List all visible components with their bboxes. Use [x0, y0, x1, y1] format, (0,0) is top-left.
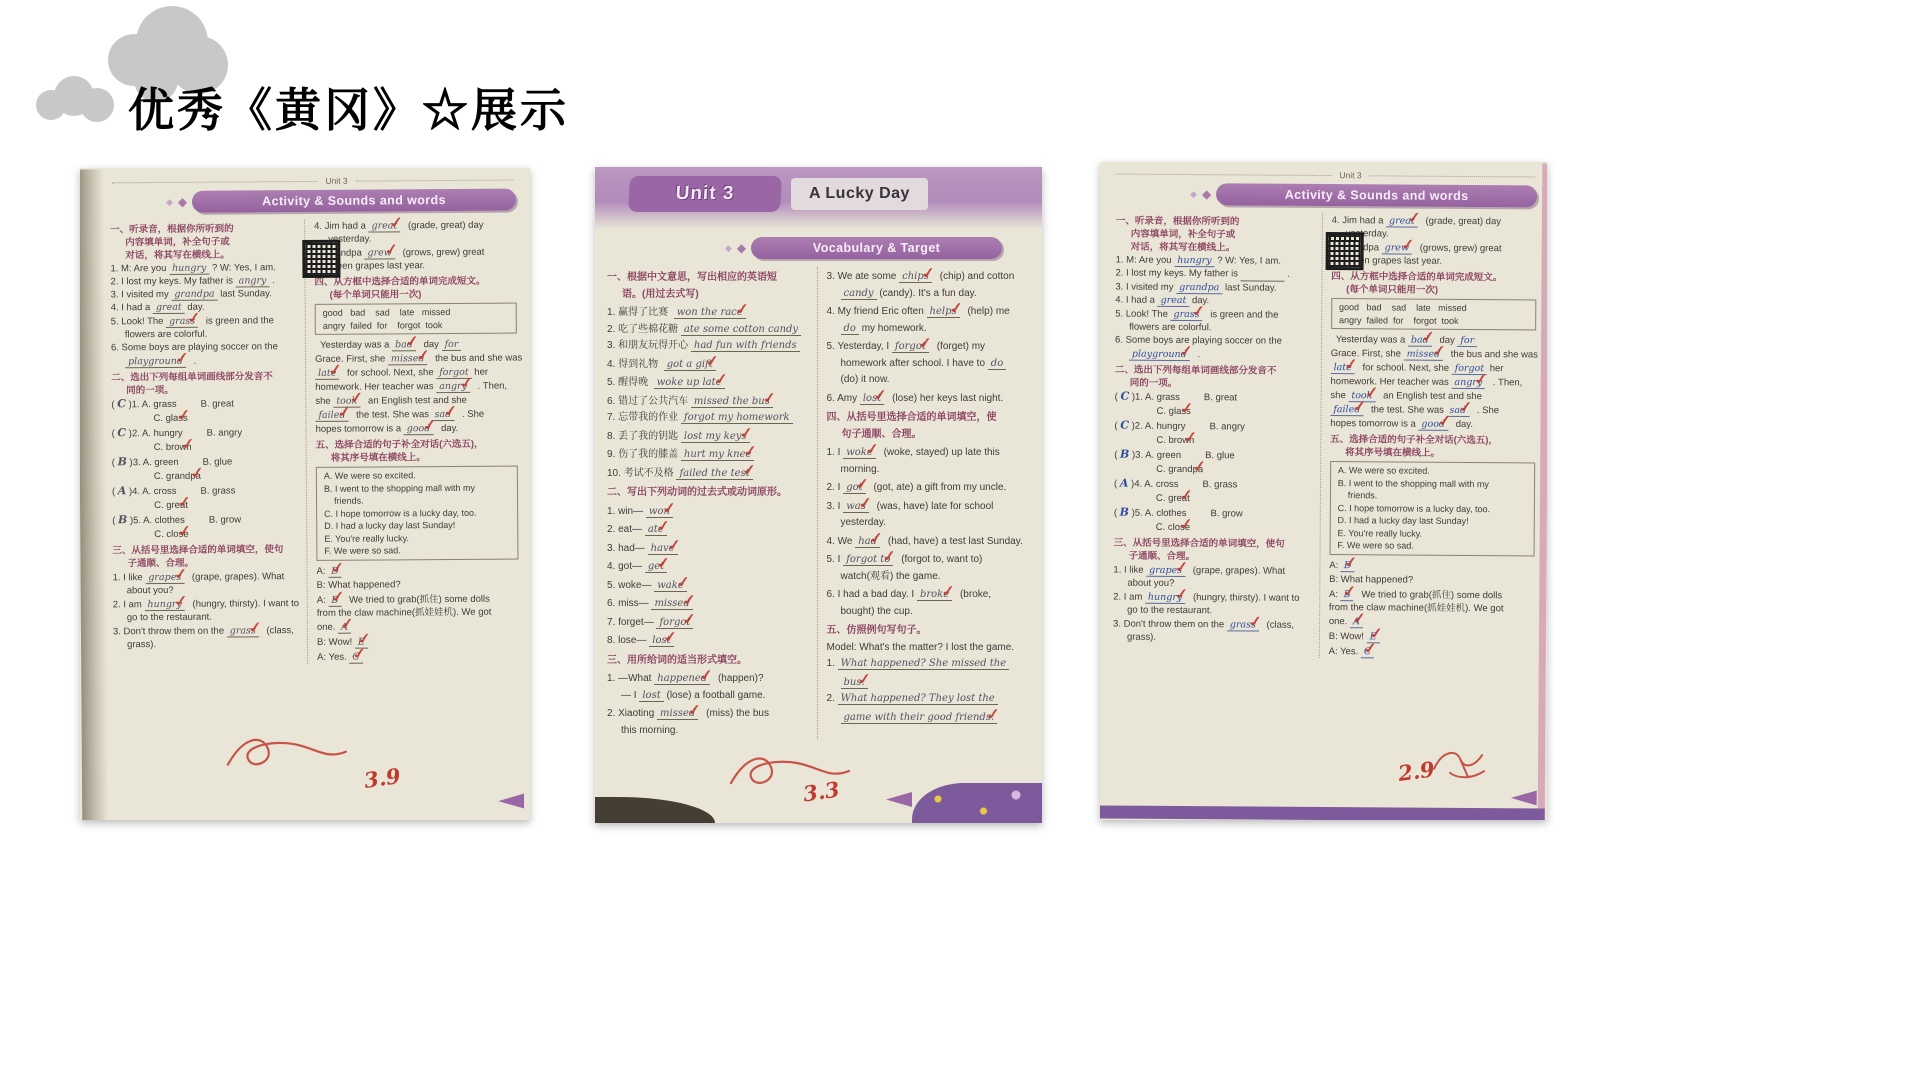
handwritten-answer: for: [442, 339, 462, 351]
section-heading: 二、选出下列每组单词画线部分发音不: [111, 370, 301, 384]
exercise-columns: 一、听录音，根据你所听到的内容填单词，补全句子或对话，将其写在横线上。1. M:…: [1100, 211, 1547, 659]
exercise-line: ( A )4. A. crossB. grass: [112, 483, 302, 498]
printed-text: 1. M: Are you: [110, 263, 169, 274]
red-check-mark: ✓: [179, 436, 197, 453]
printed-text: B: What happened?: [1329, 574, 1413, 586]
printed-text: 6. Some boys are playing soccer on the: [1115, 335, 1282, 347]
exercise-line: failed✓ the test. She was sad✓ . She: [1330, 402, 1537, 417]
exercise-line: ( B )5. A. clothesB. grow: [1114, 506, 1316, 521]
printed-text: 3. We ate some: [827, 271, 900, 282]
printed-text: B. grow: [1210, 508, 1242, 519]
exercise-line: C. glass✓: [111, 410, 301, 425]
printed-text: 3. I visited my: [1115, 282, 1176, 293]
printed-text: 一、根据中文意思，写出相应的英语短: [607, 272, 777, 283]
word-box-row: F. We were so sad.: [324, 544, 510, 558]
exercise-line: C. brown✓: [1114, 433, 1316, 448]
printed-text: 4. My friend Eric often: [827, 306, 927, 317]
exercise-line: ( C )2. A. hungryB. angry: [112, 425, 302, 440]
printed-text: this morning.: [621, 725, 678, 736]
printed-text: .: [1285, 269, 1290, 280]
printed-text: A:: [1329, 560, 1341, 571]
exercise-line: 4. I had a great day.: [111, 300, 301, 314]
diamond-icon: ◆: [178, 195, 187, 209]
red-check-mark: ✓: [1177, 343, 1195, 360]
printed-text: 2. I: [827, 482, 844, 493]
handwritten-answer: ate some cotton candy: [681, 324, 801, 336]
printed-text: 5. woke—: [607, 580, 654, 591]
handwritten-answer: What happened? They lost the: [838, 693, 998, 705]
exercise-line: ( C )1. A. grassB. great: [1115, 390, 1317, 405]
exercise-line: 2. I lost my keys. My father is .: [1115, 267, 1317, 282]
printed-text: (forgot to, want to): [898, 554, 982, 565]
printed-text: 二、选出下列每组单词画线部分发音不: [111, 371, 273, 383]
printed-text: ? W: Yes, I am.: [209, 262, 275, 273]
exercise-line: 1. 赢得了比赛 won the race✓: [607, 303, 813, 322]
exercise-line: C. close✓: [1114, 520, 1316, 535]
printed-text: )3. A. green: [127, 457, 179, 468]
printed-text: 3. Don't throw them on the: [1113, 619, 1227, 631]
workbook-photo-middle: Unit 3 A Lucky Day ◆ ◆ Vocabulary & Targ…: [595, 167, 1042, 823]
printed-text: her: [1487, 363, 1503, 374]
printed-text: (woke, stayed) up late this: [881, 447, 1000, 458]
printed-text: 同的一项。: [126, 385, 174, 396]
handwritten-answer: B: [118, 455, 127, 468]
printed-text: (forget) my: [934, 341, 985, 352]
cloud-icon: [36, 76, 126, 136]
red-check-mark: ✓: [665, 534, 684, 554]
printed-text: is green and the: [1208, 309, 1279, 320]
printed-text: 同的一项。: [1130, 378, 1178, 389]
printed-text: 1. 赢得了比赛: [607, 307, 674, 318]
exercise-line: ( B )3. A. greenB. glue: [1114, 448, 1316, 463]
red-check-mark: ✓: [336, 404, 354, 421]
red-scribble: [222, 728, 352, 777]
exercise-column-left: 一、听录音，根据你所听到的内容填单词，补全句子或对话，将其写在横线上。1. M:…: [110, 219, 307, 665]
exercise-line: B: Wow! E✓: [317, 633, 521, 648]
printed-text: 3. I: [827, 501, 844, 512]
printed-text: . She: [1474, 405, 1499, 416]
printed-text: 五、仿照例句写句子。: [827, 625, 927, 636]
red-check-mark: ✓: [1177, 487, 1195, 504]
printed-text: 5. Yesterday, I: [827, 341, 892, 352]
exercise-line: 2. I am hungry✓ (hungry, thirsty). I wan…: [113, 596, 303, 611]
printed-text: 将其序号填在横线上。: [1345, 447, 1440, 459]
word-box-row: good bad sad late missed: [1339, 301, 1528, 315]
section-heading: 对话，将其写在横线上。: [110, 248, 300, 262]
exercise-line: yesterday.: [827, 515, 1033, 532]
printed-text: (每个单词只能用一次): [1346, 284, 1438, 296]
printed-text: A: Yes.: [1329, 646, 1361, 657]
printed-text: .: [1195, 349, 1200, 360]
printed-text: 7. 忘带我的作业: [607, 412, 681, 423]
red-check-mark: ✓: [947, 298, 966, 318]
printed-text: 10. 考试不及格: [607, 468, 676, 479]
handwritten-answer: B: [1120, 506, 1129, 519]
exercise-line: Grace. First, she missed✓ the bus and sh…: [1331, 346, 1538, 361]
printed-text: 6. miss—: [607, 598, 651, 609]
printed-text: (class,: [1264, 620, 1294, 631]
exercise-line: 4. Jim had a great✓ (grade, great) day: [314, 218, 518, 233]
exercise-line: C. close✓: [112, 526, 302, 541]
printed-text: 2. I am: [1113, 592, 1145, 603]
qr-code-icon: [302, 240, 340, 278]
handwritten-answer: What happened? She missed the: [838, 658, 1010, 670]
word-box: good bad sad late missedangry failed for…: [1331, 298, 1536, 330]
exercise-line: late✓ for school. Next, she forgot her: [315, 365, 519, 380]
printed-text: 1. I like: [1113, 565, 1146, 576]
exercise-line: — I lost (lose) a football game.: [607, 688, 813, 705]
exercise-line: bought) the cup.: [827, 604, 1033, 621]
exercise-line: 1. I like grapes✓ (grape, grapes). What: [113, 569, 303, 584]
workbook-photo-left: Unit 3 ◆ ◆ Activity & Sounds and words 一…: [80, 168, 530, 820]
printed-text: she: [315, 396, 333, 407]
printed-text: 6. Amy: [827, 393, 860, 404]
printed-text: 三、从括号里选择合适的单词填空，使句: [112, 544, 283, 556]
section-banner: Activity & Sounds and words: [192, 189, 516, 213]
printed-text: yesterday.: [841, 517, 886, 528]
red-check-mark: ✓: [654, 516, 673, 536]
printed-text: 三、用所给词的适当形式填空。: [607, 655, 747, 666]
exercise-line: 10. 考试不及格 failed the test✓: [607, 464, 813, 483]
section-banner-row: ◆ ◆ Vocabulary & Target: [725, 237, 1002, 259]
printed-text: B: Wow!: [1329, 631, 1367, 642]
printed-text: 二、选出下列每组单词画线部分发音不: [1115, 365, 1277, 377]
printed-text: (lose) her keys last night.: [889, 393, 1003, 404]
section-heading: 将其序号填在横线上。: [316, 451, 520, 465]
exercise-line: 3. I was✓ (was, have) late for school: [827, 497, 1033, 516]
printed-text: 将其序号填在横线上。: [331, 452, 426, 464]
red-check-mark: ✓: [853, 474, 872, 494]
printed-text: 1. win—: [607, 506, 646, 517]
printed-text: day.: [438, 423, 458, 434]
exercise-line: failed✓ the test. She was sad✓ . She: [315, 407, 519, 422]
printed-text: B. glue: [203, 457, 233, 468]
exercise-line: 2. What happened? They lost the: [827, 691, 1033, 708]
handwritten-answer: game with their good friends.: [841, 712, 998, 724]
handwritten-answer: C: [117, 397, 126, 410]
printed-text: (miss) the bus: [703, 708, 769, 719]
section-heading: (每个单词只能用一次): [315, 288, 519, 302]
red-check-mark: ✓: [173, 350, 191, 367]
printed-text: the test. She was: [1368, 404, 1446, 416]
exercise-line: A: Yes. C✓: [317, 648, 521, 663]
red-check-mark: ✓: [654, 553, 673, 573]
exercise-line: 3. Don't throw them on the grass✓ (class…: [113, 623, 303, 638]
exercise-line: ( A )4. A. crossB. grass: [1114, 477, 1316, 492]
section-banner-row: ◆ ◆ Activity & Sounds and words: [1190, 183, 1537, 207]
printed-text: hopes tomorrow is a: [1330, 418, 1418, 430]
exercise-line: 3. I visited my grandpa last Sunday.: [111, 287, 301, 301]
red-check-mark: ✓: [1246, 614, 1264, 631]
section-heading: 五、仿照例句写句子。: [827, 623, 1033, 640]
exercise-line: 9. 伤了我的膝盖 hurt my knee✓: [607, 445, 813, 464]
section-banner: Activity & Sounds and words: [1216, 183, 1537, 207]
printed-text: 9. 伤了我的膝盖: [607, 449, 681, 460]
printed-text: grass).: [1127, 632, 1156, 643]
handwritten-answer: do: [988, 358, 1006, 370]
exercise-line: A: B✓ We tried to grab(抓住) some dolls: [1329, 587, 1536, 602]
handwritten-answer: great: [153, 302, 185, 314]
exercise-line: 4. We had✓ (had, have) a test last Sunda…: [827, 532, 1033, 551]
printed-text: 内容填单词，补全句子或: [125, 237, 230, 249]
printed-text: .: [269, 275, 274, 286]
printed-text: homework. Her teacher was: [315, 381, 436, 393]
printed-text: (grape, grapes). What: [189, 571, 284, 583]
printed-text: 对话，将其写在横线上。: [1131, 242, 1236, 254]
red-check-mark: ✓: [1405, 210, 1423, 227]
exercise-line: playground✓ .: [1115, 347, 1317, 362]
exercise-line: A: D✓: [316, 562, 520, 577]
printed-text: )4. A. cross: [1128, 479, 1178, 490]
exercise-line: 6. I had a bad day. I broke✓ (broke,: [827, 585, 1033, 604]
printed-text: 5. Look! The: [1115, 309, 1170, 320]
printed-text: (got, ate) a gift from my uncle.: [871, 482, 1007, 493]
red-check-mark: ✓: [1178, 400, 1196, 417]
printed-text: 6. Some boys are playing soccer on the: [111, 341, 278, 353]
red-check-mark: ✓: [697, 665, 716, 685]
printed-text: 2. Xiaoting: [607, 708, 657, 719]
printed-text: 1. —What: [607, 673, 654, 684]
red-check-mark: ✓: [382, 241, 400, 258]
printed-text: (grade, great) day: [405, 220, 483, 232]
printed-text: 语。(用过去式写): [622, 289, 699, 300]
red-check-mark: ✓: [246, 619, 264, 636]
exercise-line: this morning.: [607, 723, 813, 740]
exercise-line: grass).: [113, 637, 303, 651]
red-check-mark: ✓: [1431, 343, 1449, 360]
red-check-mark: ✓: [1436, 413, 1454, 430]
printed-text: 3. Don't throw them on the: [113, 626, 227, 638]
printed-text: Yesterday was a: [1331, 334, 1408, 346]
handwritten-answer: forgot my homework: [681, 412, 793, 424]
printed-text: 五、选择合适的句子补全对话(六选五)，: [316, 439, 484, 451]
printed-text: 2. eat—: [607, 524, 645, 535]
exercise-line: 1. win— won✓: [607, 502, 813, 521]
printed-text: 6. 错过了公共汽车: [607, 396, 691, 407]
red-check-mark: ✓: [760, 387, 779, 407]
printed-text: 5. Look! The: [111, 316, 166, 327]
printed-text: homework. Her teacher was: [1330, 376, 1451, 388]
section-heading: 同的一项。: [111, 383, 301, 397]
printed-text: 三、从括号里选择合适的单词填空，使句: [1114, 538, 1285, 550]
printed-text: (class,: [264, 625, 294, 636]
printed-text: grass).: [127, 639, 156, 650]
printed-text: (chip) and cotton: [937, 271, 1014, 282]
diamond-icon: ◆: [725, 243, 732, 254]
exercise-line: 2. Xiaoting missed✓ (miss) the bus: [607, 704, 813, 723]
printed-text: Model: What's the matter? I lost the gam…: [827, 642, 1015, 653]
printed-text: 2. I lost my keys. My father is: [110, 275, 235, 287]
printed-text: 4. We: [827, 536, 856, 547]
exercise-line: 3. had— have✓: [607, 539, 813, 558]
red-check-mark: ✓: [680, 590, 699, 610]
printed-text: . Then,: [475, 381, 507, 392]
printed-text: 8. 丢了我的钥匙: [607, 431, 681, 442]
exercise-line: game with their good friends.✓: [827, 708, 1033, 727]
printed-text: morning.: [841, 464, 880, 475]
section-heading: 将其序号填在横线上。: [1330, 446, 1537, 460]
diamond-icon: ◆: [166, 196, 173, 207]
printed-text: B. great: [201, 398, 234, 409]
exercise-columns: 一、根据中文意思，写出相应的英语短语。(用过去式写)1. 赢得了比赛 won t…: [595, 267, 1042, 739]
printed-text: (help) me: [965, 306, 1010, 317]
handwritten-answer: do: [841, 323, 859, 335]
exercise-line: hopes tomorrow is a good✓ day.: [1330, 416, 1537, 431]
printed-text: homework after school. I have to: [841, 358, 988, 369]
printed-text: 7. forget—: [607, 617, 656, 628]
red-check-mark: ✓: [1173, 559, 1191, 576]
exercise-line: 1. —What happened✓ (happen)?: [607, 669, 813, 688]
exercise-line: C. brown✓: [112, 439, 302, 454]
handwritten-answer: C: [1120, 390, 1129, 403]
exercise-line: A: B✓ We tried to grab(抓住) some dolls: [317, 591, 521, 606]
exercise-line: 5. 醒得晚 woke up late✓: [607, 373, 813, 392]
printed-text: )1. A. grass: [126, 399, 177, 410]
red-check-mark: ✓: [1190, 303, 1208, 320]
printed-text: 1. M: Are you: [1116, 255, 1175, 266]
handwritten-answer: lost: [639, 690, 663, 702]
printed-text: (had, have) a test last Sunday.: [885, 536, 1023, 547]
word-box: A. We were so excited.B. I went to the s…: [316, 466, 519, 561]
printed-text: (lose) a football game.: [664, 690, 766, 701]
word-box-row: D. I had a lucky day last Sunday!: [1338, 514, 1527, 528]
section-heading: 句子通顺、合理。: [827, 427, 1033, 444]
printed-text: B. angry: [207, 427, 242, 438]
exercise-line: ( C )2. A. hungryB. angry: [1114, 419, 1316, 434]
printed-text: 一、听录音，根据你所听到的: [110, 223, 234, 235]
printed-text: her: [472, 367, 488, 378]
red-check-mark: ✓: [1182, 429, 1200, 446]
printed-text: B: What happened?: [317, 579, 401, 591]
exercise-line: 2. I am hungry✓ (hungry, thirsty). I wan…: [1113, 590, 1315, 605]
exercise-column-left: 一、根据中文意思，写出相应的英语短语。(用过去式写)1. 赢得了比赛 won t…: [607, 267, 817, 739]
printed-text: A:: [316, 565, 328, 576]
printed-text: 二、写出下列动词的过去式或动词原形。: [607, 487, 787, 498]
exercise-line: 8. 丢了我的钥匙 lost my keys✓: [607, 427, 813, 446]
section-heading: 四、从括号里选择合适的单词填空，使: [827, 410, 1033, 427]
exercise-columns: 一、听录音，根据你所听到的内容填单词，补全句子或对话，将其写在横线上。1. M:…: [80, 217, 530, 665]
exercise-line: B: What happened?: [317, 577, 521, 591]
red-check-mark: ✓: [421, 417, 439, 434]
exercise-line: 5. woke— wake✓: [607, 576, 813, 595]
exercise-line: 6. miss— missed✓: [607, 594, 813, 613]
printed-text: 2. 吃了些棉花糖: [607, 324, 681, 335]
exercise-line: C. great✓: [112, 497, 302, 512]
printed-text: the bus and she was: [1448, 349, 1538, 361]
printed-text: the bus and she was: [432, 352, 522, 364]
printed-text: (broke,: [957, 589, 991, 600]
printed-text: (grape, grapes). What: [1190, 565, 1285, 577]
printed-text: (happen)?: [715, 673, 763, 684]
exercise-line: candy (candy). It's a fun day.: [827, 286, 1033, 303]
red-check-mark: ✓: [172, 593, 190, 610]
printed-text: about you?: [1127, 578, 1174, 589]
answer-blank: [1241, 267, 1285, 281]
printed-text: A:: [317, 594, 329, 605]
handwritten-answer: great: [1158, 295, 1190, 307]
exercise-line: homework. Her teacher was angry✓ . Then,: [1330, 374, 1537, 389]
page-corner-tab: [886, 792, 912, 807]
printed-text: B. grass: [1203, 479, 1238, 490]
printed-text: 1. I: [827, 447, 844, 458]
red-check-mark: ✓: [442, 403, 460, 420]
word-box-row: A. We were so excited.: [1338, 464, 1527, 478]
exercise-line: 5. Look! The grass✓ is green and the: [1115, 307, 1317, 322]
printed-text: 4. Jim had a: [1332, 215, 1386, 226]
exercise-line: 1. M: Are you hungry ? W: Yes, I am.: [110, 261, 300, 275]
exercise-line: 5. I forgot to✓ (forgot to, want to): [827, 550, 1033, 569]
printed-text: 五、选择合适的句子补全对话(六选五)，: [1330, 434, 1498, 446]
exercise-line: 2. eat— ate✓: [607, 520, 813, 539]
handwritten-answer: C: [1120, 419, 1129, 432]
section-heading: 语。(用过去式写): [607, 287, 813, 304]
printed-text: 对话，将其写在横线上。: [125, 250, 230, 262]
workbook-page: Unit 3 ◆ ◆ Activity & Sounds and words 一…: [80, 168, 530, 820]
exercise-line: one. A✓: [1329, 614, 1536, 629]
word-box: A. We were so excited.B. I went to the s…: [1329, 461, 1535, 556]
teacher-score: 2.9: [1397, 756, 1437, 786]
red-check-mark: ✓: [863, 439, 882, 459]
exercise-line: Model: What's the matter? I lost the gam…: [827, 640, 1033, 657]
printed-text: A:: [1329, 589, 1341, 600]
qr-code-icon: [1326, 232, 1364, 270]
exercise-line: C. grandpa✓: [1114, 462, 1316, 477]
red-check-mark: ✓: [1342, 554, 1360, 571]
word-box-row: angry failed for forgot took: [323, 318, 509, 332]
printed-text: (hungry, thirsty). I want to: [1190, 592, 1299, 604]
exercise-column-left: 一、听录音，根据你所听到的内容填单词，补全句子或对话，将其写在横线上。1. M:…: [1113, 212, 1322, 658]
printed-text: day.: [1453, 419, 1473, 430]
exercise-line: playground✓ .: [111, 353, 301, 368]
exercise-column-right: 4. Jim had a great✓ (grade, great) dayye…: [304, 218, 521, 664]
red-check-mark: ✓: [327, 362, 345, 379]
printed-text: B. angry: [1210, 421, 1245, 432]
word-box-row: friends.: [1338, 489, 1527, 503]
red-check-mark: ✓: [919, 263, 938, 283]
red-check-mark: ✓: [329, 559, 347, 576]
printed-text: We tried to grab(抓住) some dolls: [346, 593, 490, 605]
red-check-mark: ✓: [685, 700, 704, 720]
printed-text: (grows, grew) great: [1417, 243, 1502, 255]
printed-text: last Sunday.: [1222, 282, 1276, 293]
section-heading: 二、写出下列动词的过去式或动词原形。: [607, 485, 813, 502]
printed-text: (grows, grew) great: [400, 247, 485, 259]
section-banner: Vocabulary & Target: [751, 237, 1002, 259]
printed-text: (do) it now.: [841, 374, 890, 385]
exercise-line: grass).: [1113, 631, 1315, 645]
handwritten-answer: candy: [841, 288, 877, 300]
printed-text: 5. I: [827, 554, 844, 565]
presentation-slide: 优秀《黄冈》☆展示 Unit 3 ◆ ◆ Activity & Sounds a…: [0, 0, 1920, 1080]
printed-text: B. great: [1204, 392, 1237, 403]
exercise-line: 2. I got✓ (got, ate) a gift from my uncl…: [827, 478, 1033, 497]
exercise-line: 5. Yesterday, I forgot✓ (forget) my: [827, 337, 1033, 356]
exercise-line: 7. 忘带我的作业 forgot my homework: [607, 410, 813, 427]
page-corner-tab: [1511, 790, 1537, 805]
printed-text: she: [1330, 390, 1348, 401]
handwritten-answer: hungry: [169, 263, 209, 275]
printed-text: )2. A. hungry: [126, 428, 183, 439]
red-check-mark: ✓: [733, 299, 752, 319]
teacher-score: 3.3: [801, 777, 841, 807]
section-heading: 内容填单词，补全句子或: [110, 235, 300, 249]
printed-text: flowers are colorful.: [125, 329, 207, 341]
book-cover-edge: [912, 783, 1042, 823]
printed-text: 4. Jim had a: [314, 221, 368, 232]
red-check-mark: ✓: [1351, 398, 1369, 415]
exercise-line: 4. My friend Eric often helps✓ (help) me: [827, 302, 1033, 321]
printed-text: 1. I like: [113, 572, 146, 583]
